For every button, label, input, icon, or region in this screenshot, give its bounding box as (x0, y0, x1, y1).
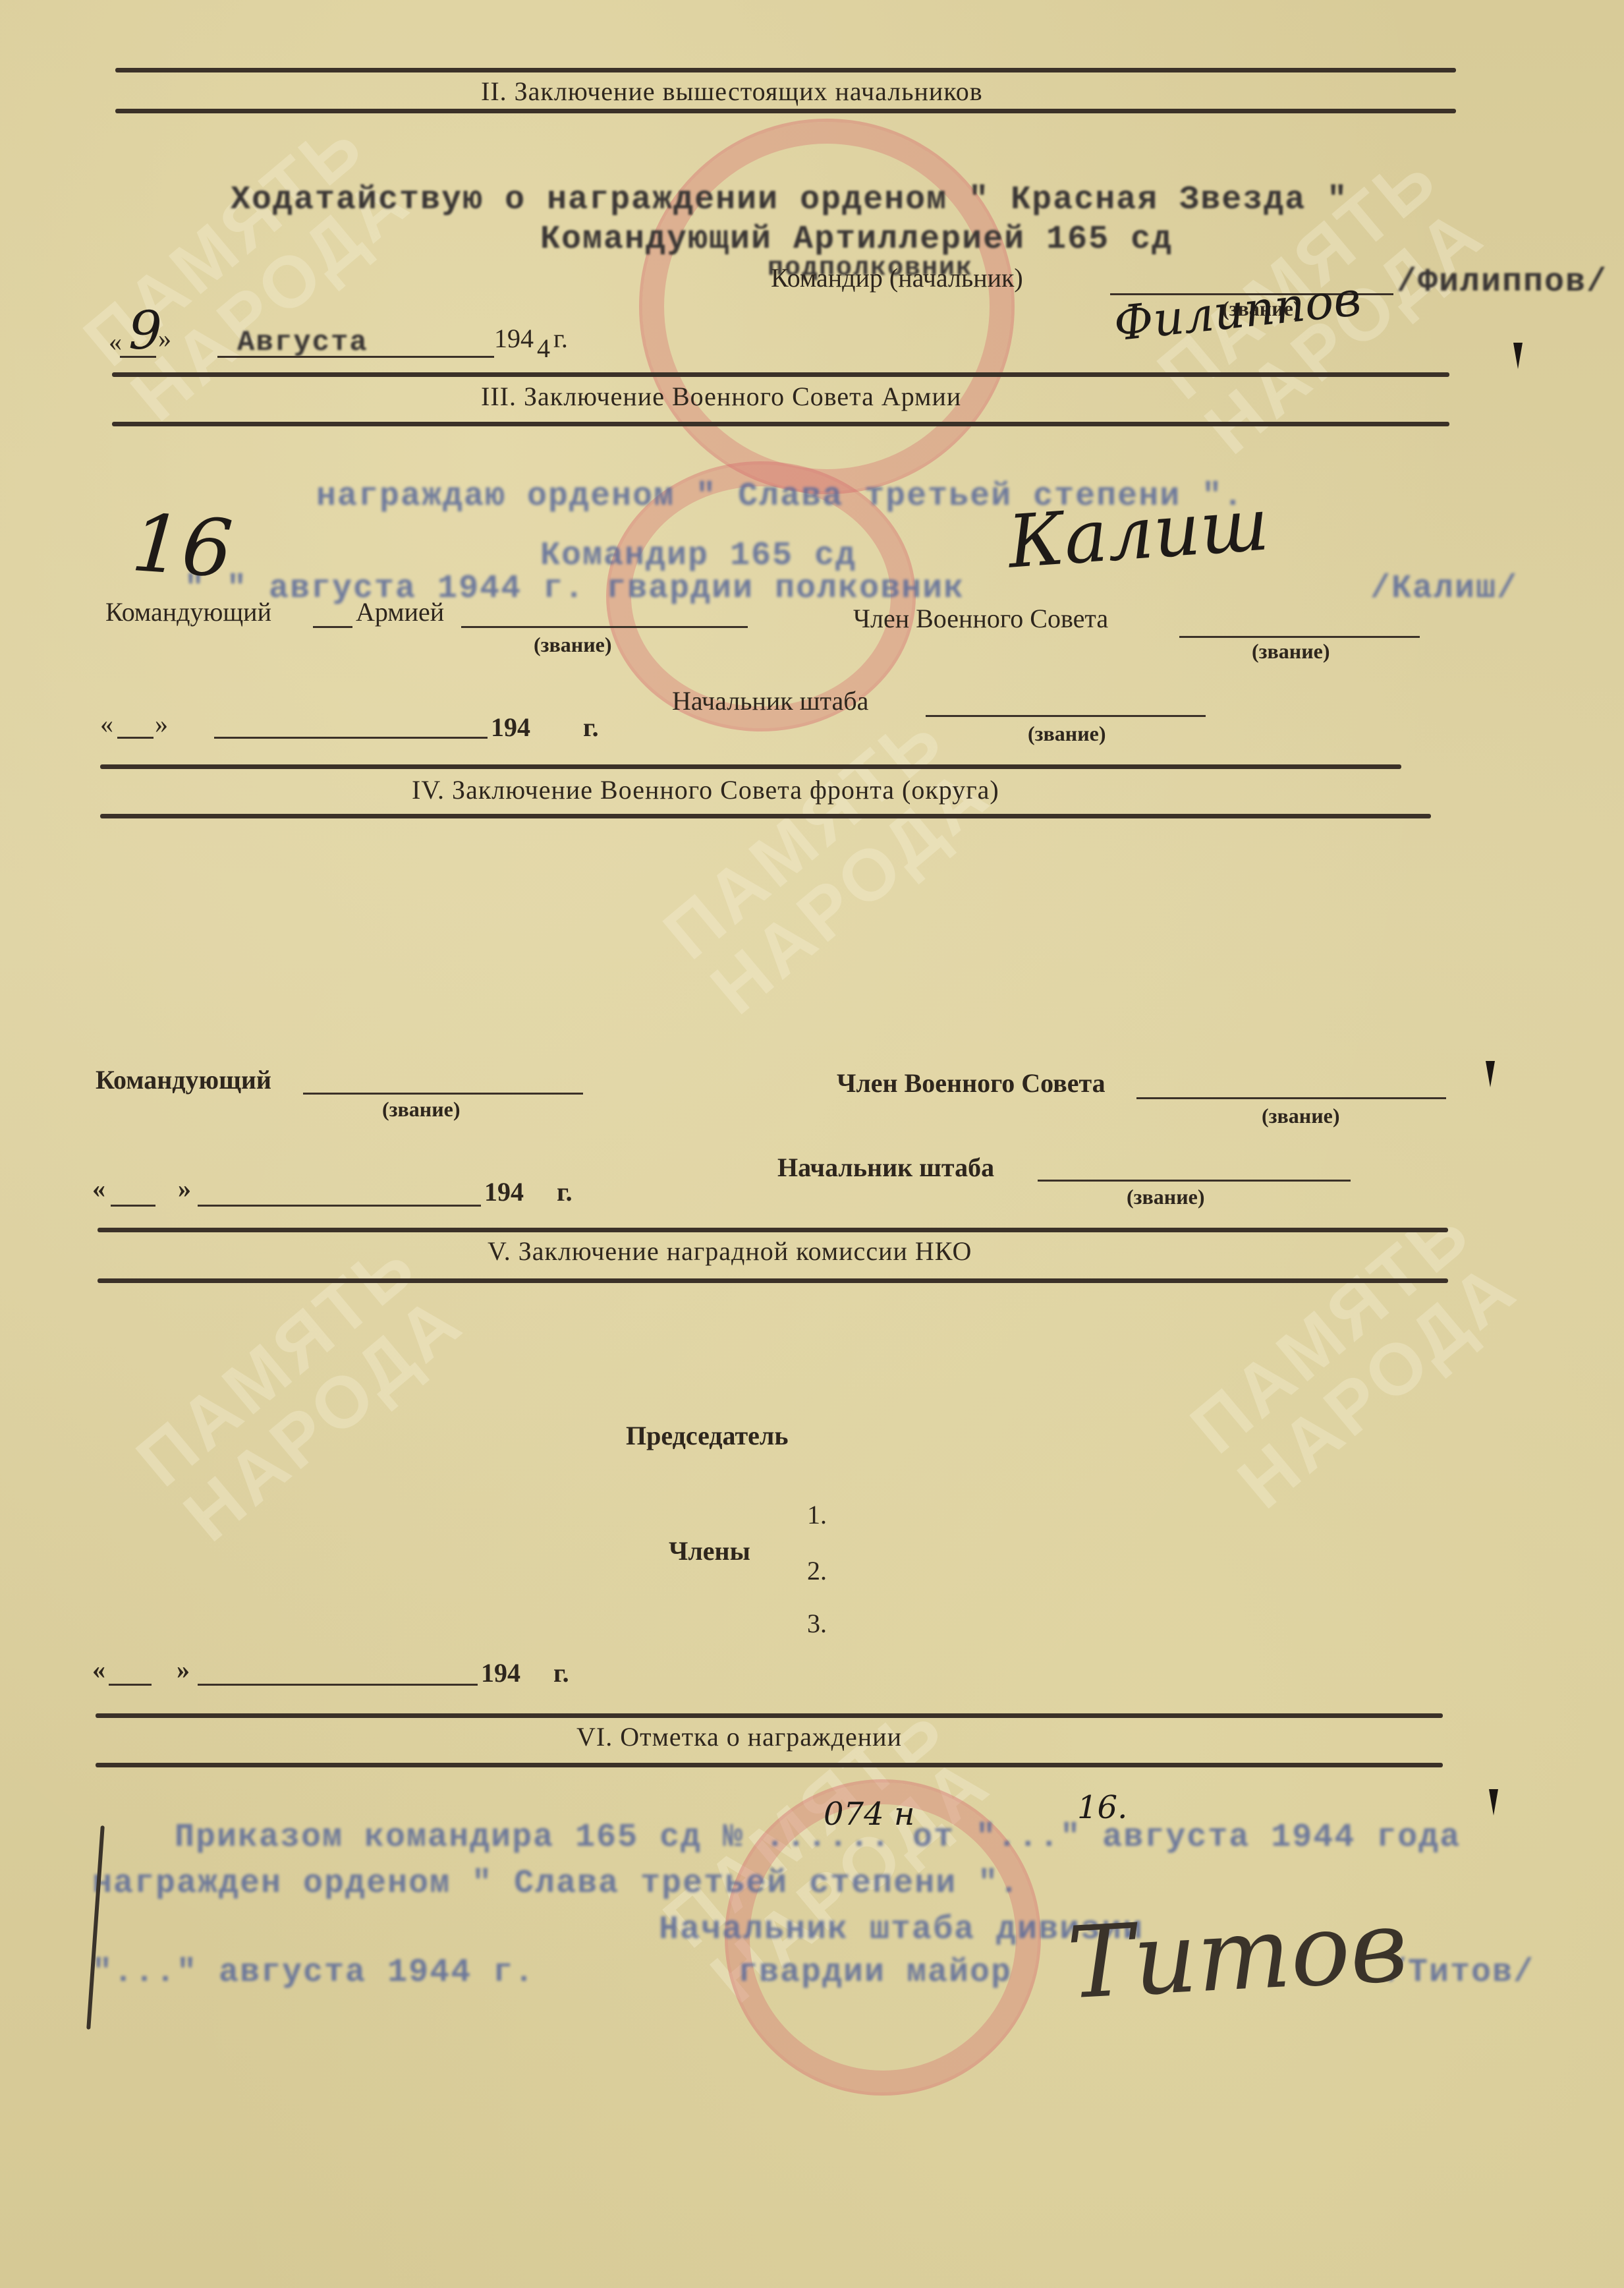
typed-date-rank: " " августа 1944 г. гвардии полковник (184, 570, 965, 608)
handwritten-order-number: 074 н (824, 1796, 915, 1833)
chairman-label: Председатель (626, 1420, 788, 1451)
section-heading: VI. Отметка о награждении (576, 1721, 902, 1752)
signature-line (303, 1093, 583, 1095)
typed-petition: Ходатайствую о награждении орденом " Кра… (231, 181, 1348, 219)
divider (96, 1763, 1443, 1767)
typed-position: Командующий Артиллерией 165 сд (540, 221, 1173, 258)
section-heading: IV. Заключение Военного Совета фронта (о… (412, 774, 999, 805)
date-close-quote: » (178, 1173, 191, 1204)
typed-commander-title: Командир 165 сд (540, 537, 856, 575)
commander-label: Командир (начальник) (771, 262, 1023, 293)
date-close-quote: » (177, 1654, 190, 1685)
date-g: г. (557, 1176, 573, 1207)
date-day-line (120, 356, 156, 358)
divider (96, 1713, 1443, 1718)
signature-line (1136, 1097, 1446, 1099)
date-g: г. (553, 1657, 569, 1688)
rank-label: (звание) (382, 1097, 461, 1122)
section-heading: III. Заключение Военного Совета Армии (481, 381, 961, 412)
date-month-line (198, 1684, 478, 1686)
date-year: 194 (481, 1657, 520, 1688)
member-number: 2. (807, 1555, 827, 1586)
rank-label: (звание) (534, 633, 612, 657)
date-day-line (117, 737, 154, 739)
date-month-line (198, 1205, 481, 1207)
divider (100, 764, 1401, 769)
commander-prefix-line (313, 626, 352, 628)
rank-label: (звание) (1028, 722, 1106, 746)
date-g: г. (553, 323, 568, 354)
commander-label: Командующий (96, 1064, 271, 1095)
date-open-quote: « (100, 708, 113, 739)
date-close-quote: » (155, 708, 168, 739)
section-heading: V. Заключение наградной комиссии НКО (488, 1236, 972, 1267)
typed-award-text: награжден орденом " Слава третьей степен… (92, 1865, 1020, 1902)
typed-name: /Филиппов/ (1397, 264, 1608, 301)
date-open-quote: « (92, 1173, 105, 1204)
typed-signer-rank: гвардии майор (738, 1954, 1012, 1991)
handwritten-signature: Титов (1065, 1889, 1411, 2022)
typed-name: /Калиш/ (1370, 570, 1518, 608)
chief-of-staff-label: Начальник штаба (672, 685, 868, 716)
divider (112, 372, 1449, 377)
commander-value: Армией (356, 596, 444, 627)
date-year: 194 (494, 323, 534, 354)
typed-order-reference: Приказом командира 165 сд № ...... от ".… (175, 1819, 1461, 1856)
signature-line (1179, 636, 1420, 638)
date-month: Августа (237, 326, 368, 359)
date-year: 194 (484, 1176, 524, 1207)
official-stamp (639, 119, 1015, 494)
divider (112, 422, 1449, 426)
commander-label: Командующий (105, 596, 271, 627)
council-member-label: Член Военного Совета (837, 1068, 1106, 1099)
date-g: г. (583, 712, 599, 743)
date-month-line (214, 737, 488, 739)
chief-of-staff-label: Начальник штаба (777, 1152, 994, 1183)
signature-line (461, 626, 748, 628)
date-day-line (109, 1684, 152, 1686)
date-close-quote: » (158, 323, 171, 354)
date-year: 194 (491, 712, 530, 743)
rank-label: (звание) (1252, 639, 1330, 664)
section-heading: II. Заключение вышестоящих начальников (481, 76, 983, 107)
divider (115, 109, 1456, 113)
date-open-quote: « (109, 326, 122, 357)
date-year-suffix: 4 (537, 333, 550, 364)
date-open-quote: « (92, 1654, 105, 1685)
member-number: 3. (807, 1608, 827, 1639)
date-day: 9 (128, 300, 162, 361)
member-number: 1. (807, 1499, 827, 1530)
signature-line (1038, 1180, 1351, 1182)
rank-label: (звание) (1262, 1104, 1340, 1128)
typed-date: "..." августа 1944 г. (92, 1954, 535, 1991)
divider (98, 1278, 1448, 1283)
handwritten-day: 16. (1077, 1789, 1127, 1826)
rank-label: (звание) (1127, 1185, 1205, 1209)
divider (98, 1228, 1448, 1232)
divider (115, 68, 1456, 72)
divider (100, 814, 1431, 818)
date-day-line (111, 1205, 155, 1207)
signature-line (926, 715, 1206, 717)
council-member-label: Член Военного Совета (853, 603, 1108, 634)
handwritten-number: 16 (128, 498, 235, 596)
date-month-line (217, 356, 494, 358)
members-label: Члены (669, 1535, 750, 1566)
